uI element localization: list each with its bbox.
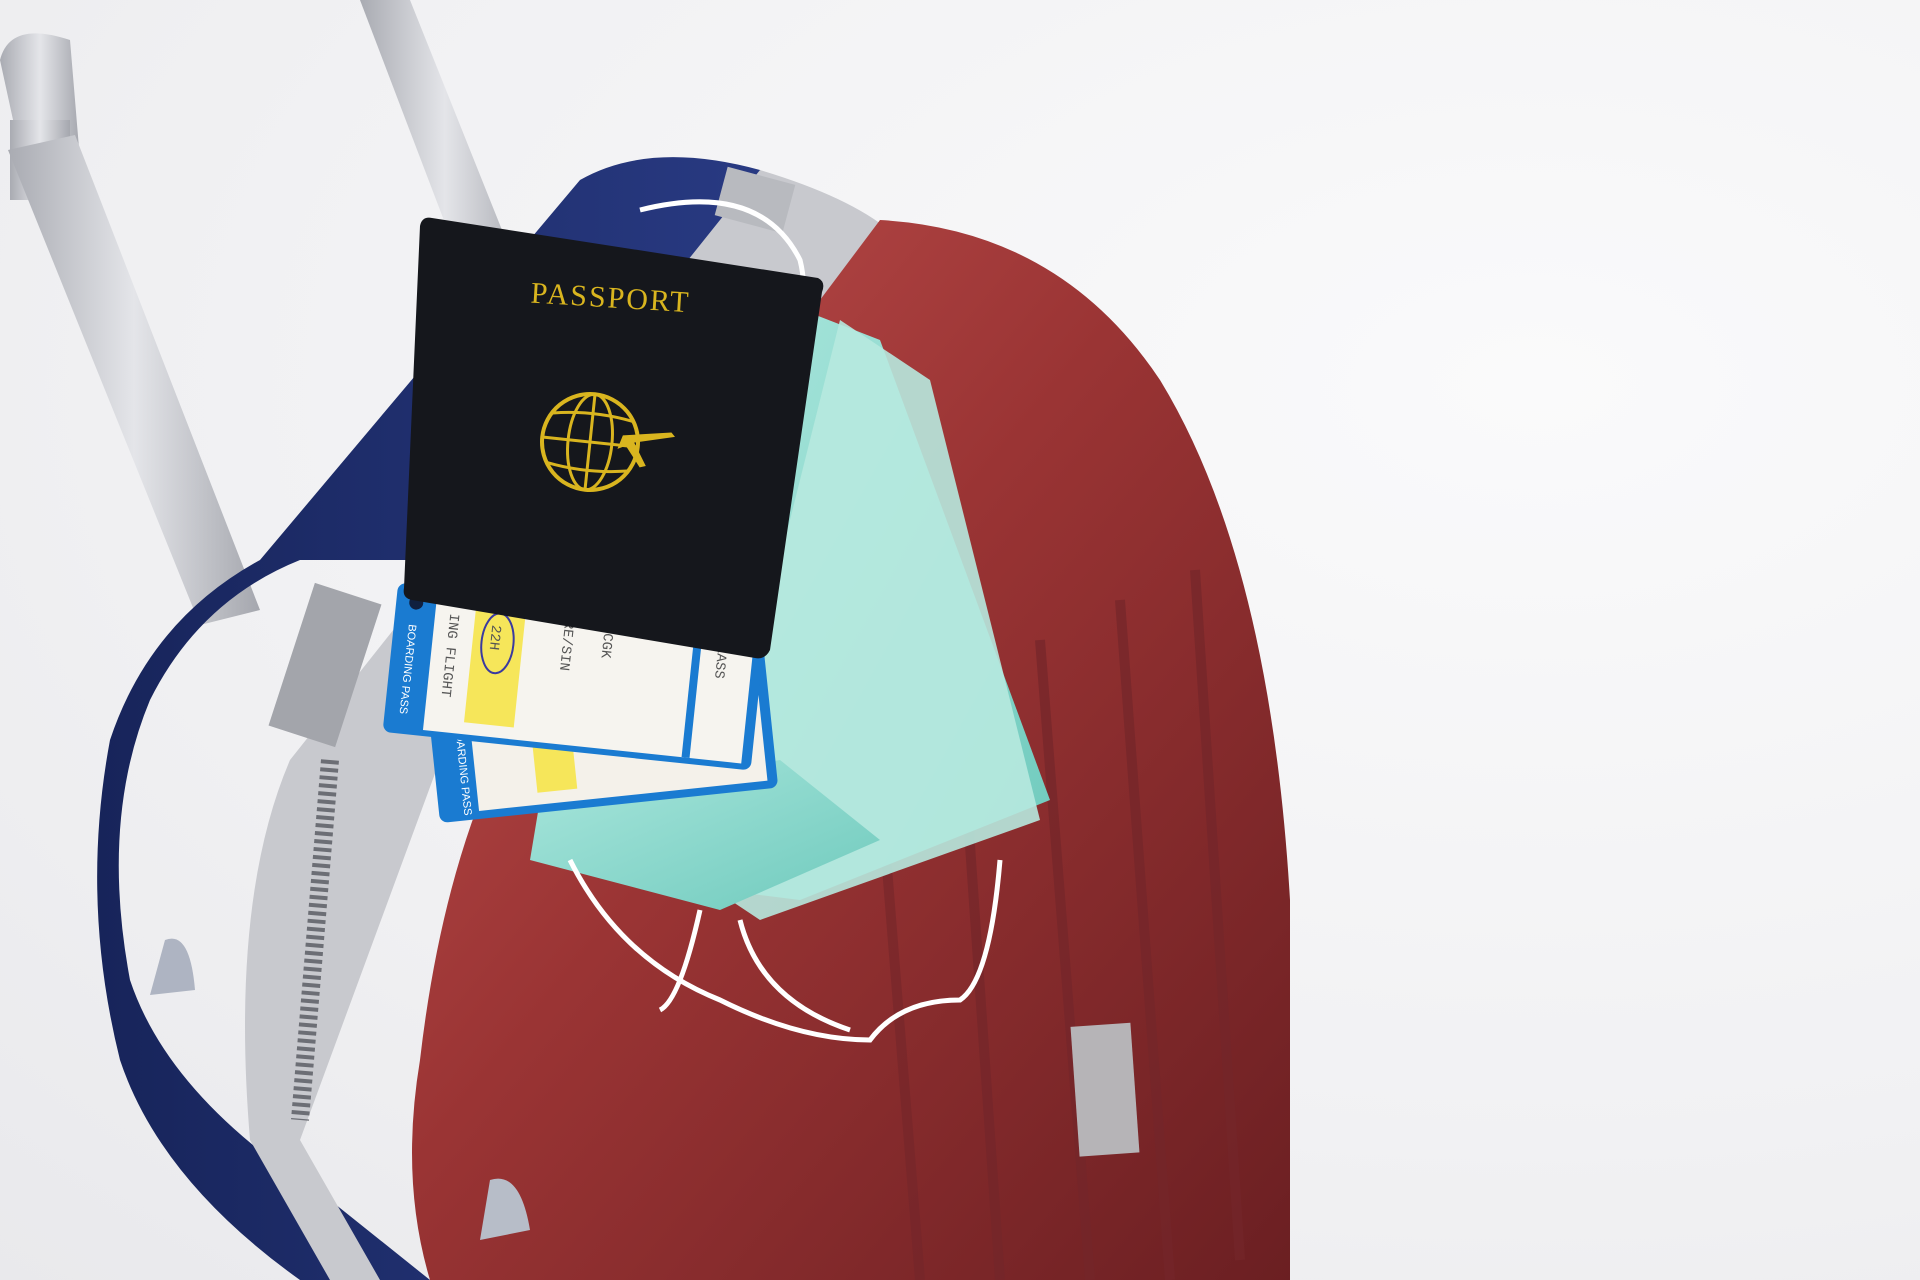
suitcase-photo: BOARDING PASS CLASS BOARDING PASS ING FL…: [0, 0, 1920, 1280]
photo-scene: BOARDING PASS CLASS BOARDING PASS ING FL…: [0, 0, 1920, 1280]
passport: PASSPORT: [404, 218, 824, 659]
suitcase-badge: [1071, 1023, 1140, 1157]
boarding-pass-seat: 22H: [485, 624, 504, 651]
